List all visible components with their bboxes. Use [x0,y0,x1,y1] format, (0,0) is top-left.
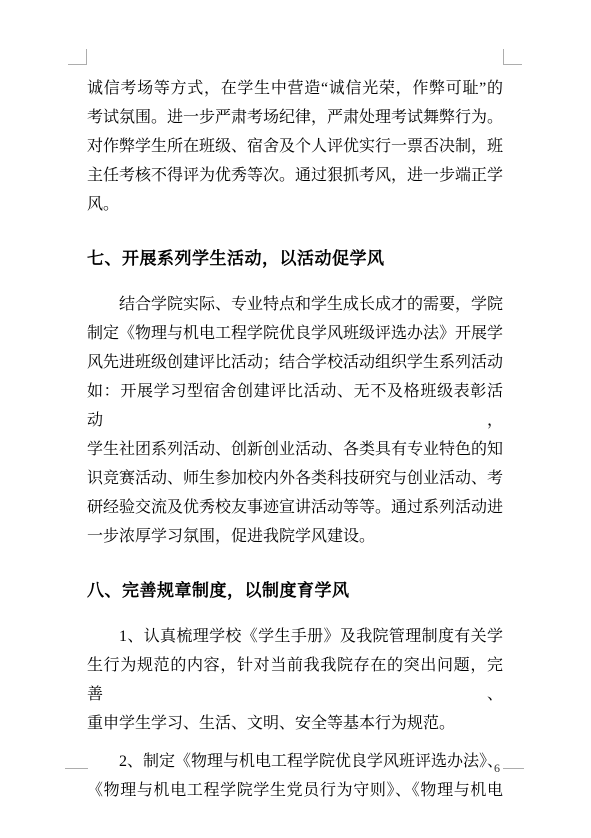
crop-mark-bottom-left [65,768,88,769]
text-line: 识竞赛活动、师生参加校内外各类科技研究与创业活动、考 [87,464,503,493]
text-line: 1、认真梳理学校《学生手册》及我院管理制度有关学 [87,622,503,651]
document-page: 诚信考场等方式，在学生中营造“诚信光荣，作弊可耻”的考试氛围。进一步严肃考场纪律… [0,0,591,838]
text-line: 重申学生学习、生活、文明、安全等基本行为规范。 [87,709,503,738]
heading-section-8: 八、完善规章制度，以制度育学风 [87,576,503,606]
text-line: 研经验交流及优秀校友事迹宣讲活动等等。通过系列活动进 [87,493,503,522]
heading-section-7: 七、开展系列学生活动，以活动促学风 [87,244,503,274]
text-line: 风。 [87,190,503,219]
page-number: 6 [491,761,503,776]
paragraph-exam-integrity: 诚信考场等方式，在学生中营造“诚信光荣，作弊可耻”的考试氛围。进一步严肃考场纪律… [87,74,503,219]
text-line: 风先进班级创建评比活动；结合学校活动组织学生系列活动 [87,348,503,377]
text-line: 学生社团系列活动、创新创业活动、各类具有专业特色的知 [87,435,503,464]
text-line: 诚信考场等方式，在学生中营造“诚信光荣，作弊可耻”的 [87,74,503,103]
paragraph-rules-item-1: 1、认真梳理学校《学生手册》及我院管理制度有关学生行为规范的内容，针对当前我我院… [87,622,503,738]
text-line: 2、制定《物理与机电工程学院优良学风班评选办法》、 [87,747,503,776]
text-line: 主任考核不得评为优秀等次。通过狠抓考风，进一步端正学 [87,161,503,190]
text-line: 一步浓厚学习氛围，促进我院学风建设。 [87,522,503,551]
crop-mark-bottom-right [503,768,524,769]
text-line: 生行为规范的内容，针对当前我我院存在的突出问题，完善、 [87,651,503,709]
paragraph-student-activities: 结合学院实际、专业特点和学生成长成才的需要，学院制定《物理与机电工程学院优良学风… [87,290,503,551]
document-body: 诚信考场等方式，在学生中营造“诚信光荣，作弊可耻”的考试氛围。进一步严肃考场纪律… [87,74,503,805]
text-line: 制定《物理与机电工程学院优良学风班级评选办法》开展学 [87,319,503,348]
paragraph-rules-item-2: 2、制定《物理与机电工程学院优良学风班评选办法》、《物理与机电工程学院学生党员行… [87,747,503,805]
crop-mark-top-left [68,49,87,65]
text-line: 考试氛围。进一步严肃考场纪律，严肃处理考试舞弊行为。 [87,103,503,132]
crop-mark-top-right [503,49,522,65]
text-line: 《物理与机电工程学院学生党员行为守则》、《物理与机电 [87,776,503,805]
text-line: 结合学院实际、专业特点和学生成长成才的需要，学院 [87,290,503,319]
text-line: 如：开展学习型宿舍创建评比活动、无不及格班级表彰活动， [87,377,503,435]
text-line: 对作弊学生所在班级、宿舍及个人评优实行一票否决制，班 [87,132,503,161]
